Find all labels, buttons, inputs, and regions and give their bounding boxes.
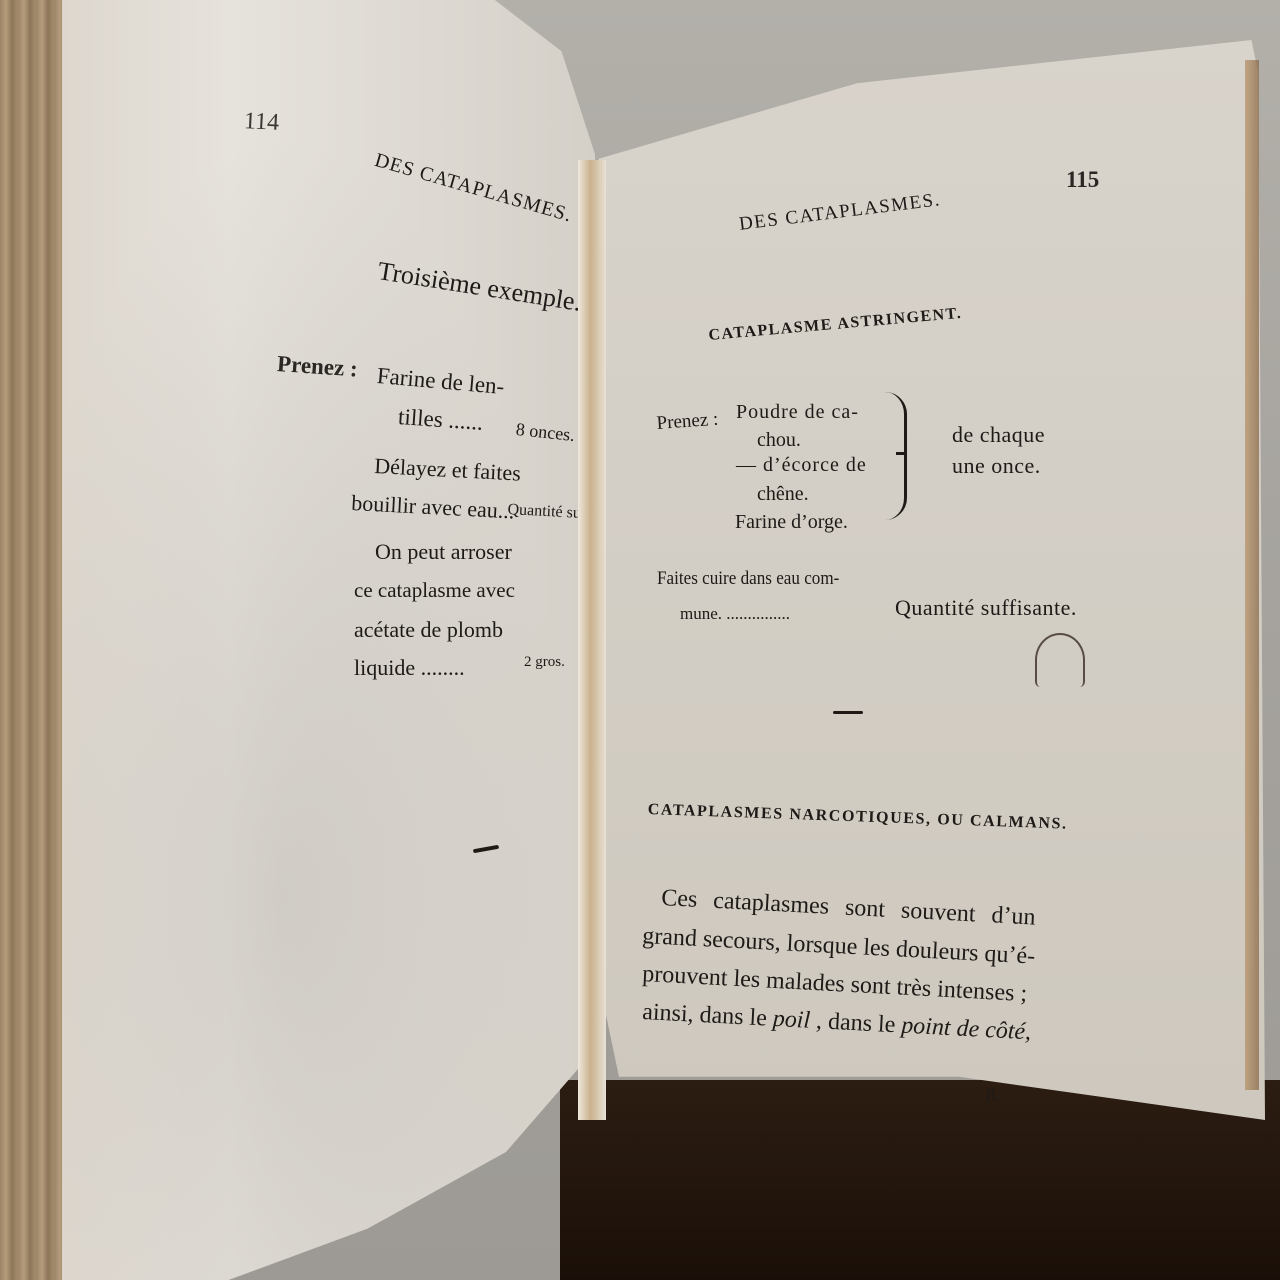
right-ingredient-3: — d’écorce de [736,455,867,475]
left-page-shading [62,0,617,1280]
right-body-italic-poil: poil [772,1006,811,1034]
right-instruction-line1: Faites cuire dans eau com- [657,569,839,588]
left-recipe-prenez: Prenez : [276,352,358,381]
right-instruction-line2-qty: Quantité suffisante. [895,597,1077,619]
right-page-edge [1245,60,1259,1090]
right-quantity-line2: une once. [952,455,1041,477]
left-note-line2: ce cataplasme avec [354,580,515,601]
page-edges-left [0,0,70,1280]
book-gutter [578,160,606,1120]
recipe-brace [880,392,907,520]
right-signature-mark: 8. [986,1086,1000,1105]
right-quantity-line1: de chaque [952,424,1045,446]
paper-hair-mark [1035,633,1085,687]
left-note-line4-qty: 2 gros. [524,655,565,670]
right-ingredient-5: Farine d’orge. [735,512,848,532]
right-section-divider [833,711,863,714]
right-instruction-line2: mune. ............... [680,605,790,622]
left-page-number: 114 [243,109,279,135]
left-recipe-line2: tilles ...... [397,405,483,434]
right-ingredient-2: chou. [757,430,801,450]
right-recipe-prenez: Prenez : [656,410,719,433]
right-ingredient-1: Poudre de ca- [736,402,859,422]
right-page-number: 115 [1066,168,1099,191]
right-body-line4-c: , dans le [809,1008,902,1039]
recipe-brace-tip [896,452,906,455]
left-note-line3: acétate de plomb [354,619,503,641]
book-cover-shadow [560,1080,1280,1280]
left-note-line1: On peut arroser [375,541,512,563]
book-photo: 114 DES CATAPLASMES. Troisième exemple. … [0,0,1280,1280]
left-note-line4: liquide ........ [354,657,465,679]
right-ingredient-4: chêne. [757,484,809,504]
